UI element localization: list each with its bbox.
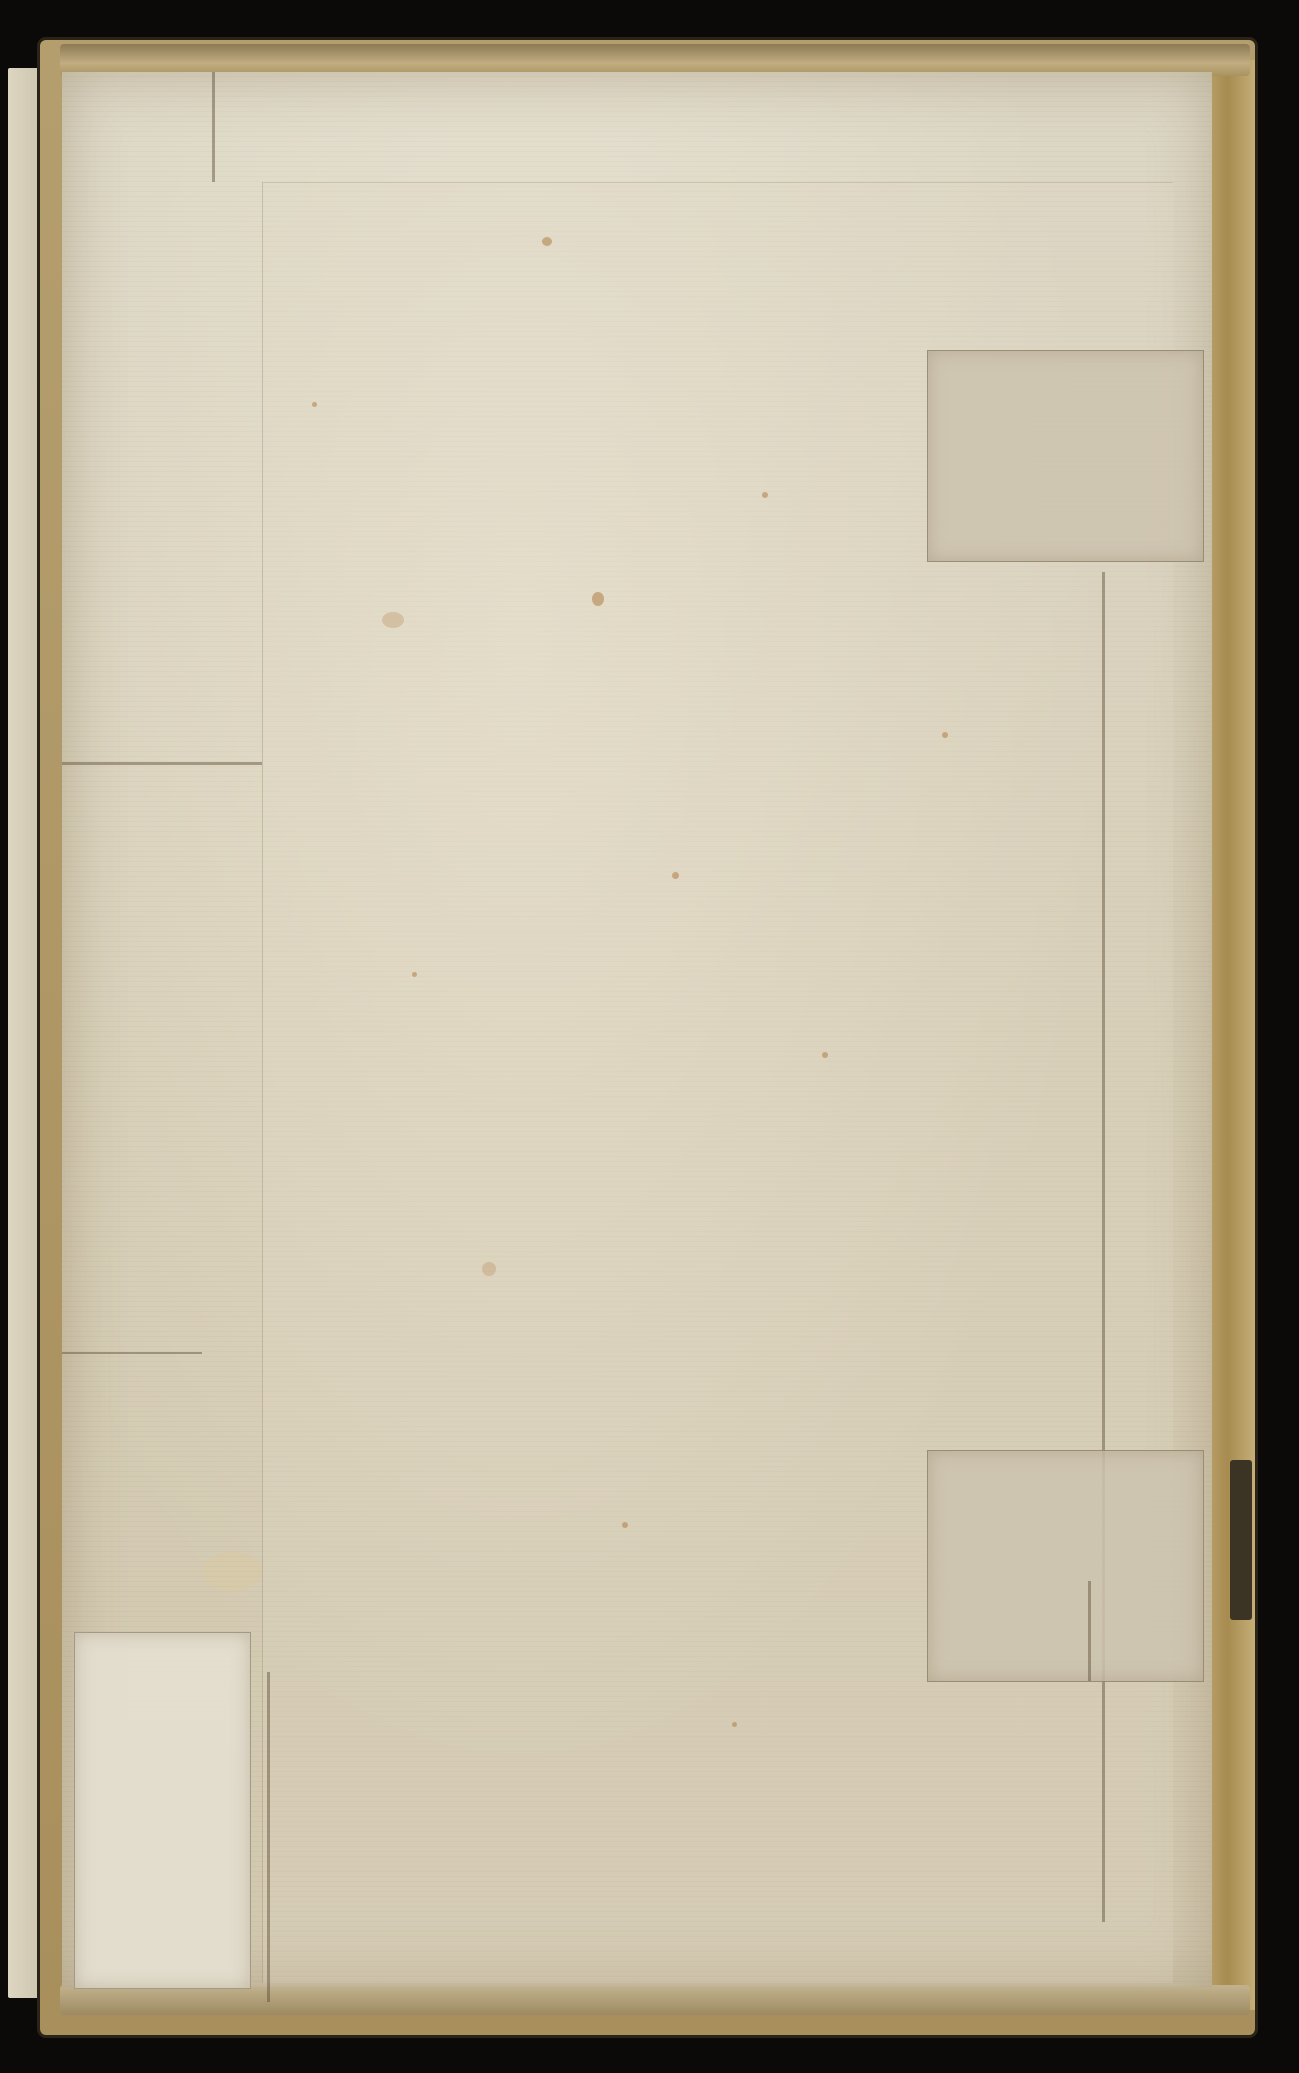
tear-line	[212, 72, 215, 182]
tear-line	[1088, 1581, 1091, 1681]
scan-scene	[0, 0, 1299, 2073]
foxing-spot	[622, 1522, 628, 1528]
bottom-binding-edge	[60, 1985, 1250, 2015]
tear-line	[62, 762, 262, 765]
foxing-spot	[732, 1722, 737, 1727]
foxing-spot	[382, 612, 404, 628]
repair-strip-bottom-left	[74, 1632, 251, 1989]
tear-line	[62, 1352, 202, 1354]
foxing-spot	[822, 1052, 828, 1058]
tear-line	[267, 1672, 270, 2002]
tape-patch-bottom-right	[927, 1450, 1204, 1682]
foxing-spot	[482, 1262, 496, 1276]
foxing-spot	[942, 732, 948, 738]
tape-patch-top-right	[927, 350, 1204, 562]
foxing-spot	[762, 492, 768, 498]
endpaper-sheet	[62, 72, 1212, 1987]
foxing-spot	[592, 592, 604, 606]
foxing-spot	[412, 972, 417, 977]
foxing-spot	[542, 237, 552, 246]
crease-line	[1102, 572, 1105, 1922]
foxing-spot	[312, 402, 317, 407]
binding-tear	[1230, 1460, 1252, 1620]
stain	[202, 1552, 262, 1592]
foxing-spot	[672, 872, 679, 879]
